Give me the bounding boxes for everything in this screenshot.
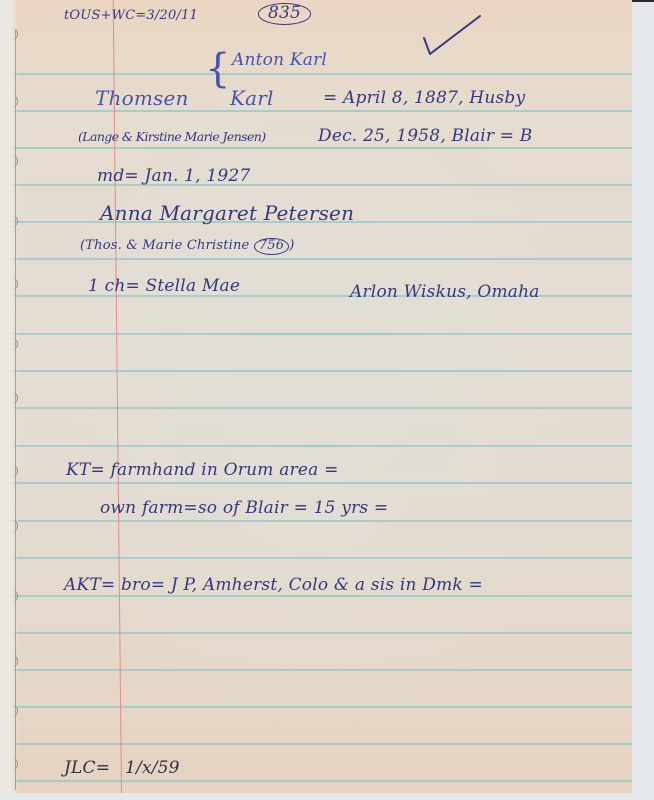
- surname: Thomsen: [95, 86, 189, 110]
- rule-line: [0, 557, 632, 559]
- spouse-record-number: 756: [254, 238, 289, 255]
- rule-line: [0, 110, 632, 112]
- spouse-name: Anna Margaret Petersen: [100, 201, 354, 225]
- rule-line: [0, 780, 632, 782]
- interview-date: 1/x/59: [125, 758, 180, 778]
- interviewer-initials: JLC=: [64, 758, 110, 778]
- margin-line: [113, 0, 122, 793]
- rule-line: [0, 445, 632, 447]
- notebook-page: tOUS+WC=3/20/11 835 Anton Karl Thomsen {…: [0, 0, 632, 793]
- rule-line: [0, 743, 632, 745]
- marriage-date: md= Jan. 1, 1927: [97, 166, 250, 186]
- children: 1 ch= Stella Mae: [88, 276, 240, 296]
- rule-line: [0, 147, 632, 149]
- rule-line: [0, 520, 632, 522]
- spouse-parents-line: (Thos. & Marie Christine 756): [80, 238, 295, 255]
- rule-line: [0, 595, 632, 597]
- torn-perforated-edge: [0, 0, 18, 793]
- rule-line: [0, 632, 632, 634]
- rule-line: [0, 184, 632, 186]
- rule-line: [0, 407, 632, 409]
- given-name: Karl: [230, 86, 274, 110]
- brace-icon: {: [205, 46, 230, 92]
- rule-line: [0, 370, 632, 372]
- child-spouse-location: Arlon Wiskus, Omaha: [350, 282, 540, 302]
- note-siblings: AKT= bro= J P, Amherst, Colo & a sis in …: [64, 575, 483, 595]
- record-number: 835: [258, 3, 311, 25]
- record-number-circled: 835: [258, 3, 311, 25]
- source-reference: tOUS+WC=3/20/11: [64, 8, 198, 23]
- spouse-parents: (Thos. & Marie Christine: [80, 238, 249, 253]
- rule-line: [0, 482, 632, 484]
- scanner-edge: [632, 0, 654, 2]
- alt-given-names: Anton Karl: [232, 50, 327, 70]
- rule-line: [0, 73, 632, 75]
- checkmark-icon: [422, 8, 482, 58]
- note-farm: own farm=so of Blair = 15 yrs =: [100, 498, 388, 518]
- rule-line: [0, 669, 632, 671]
- rule-line: [0, 333, 632, 335]
- note-occupation: KT= farmhand in Orum area =: [66, 460, 339, 480]
- parents: (Lange & Kirstine Marie Jensen): [78, 129, 266, 144]
- death-info: Dec. 25, 1958, Blair = B: [318, 126, 533, 146]
- birth-info: = April 8, 1887, Husby: [323, 88, 525, 108]
- rule-line: [0, 706, 632, 708]
- rule-line: [0, 258, 632, 260]
